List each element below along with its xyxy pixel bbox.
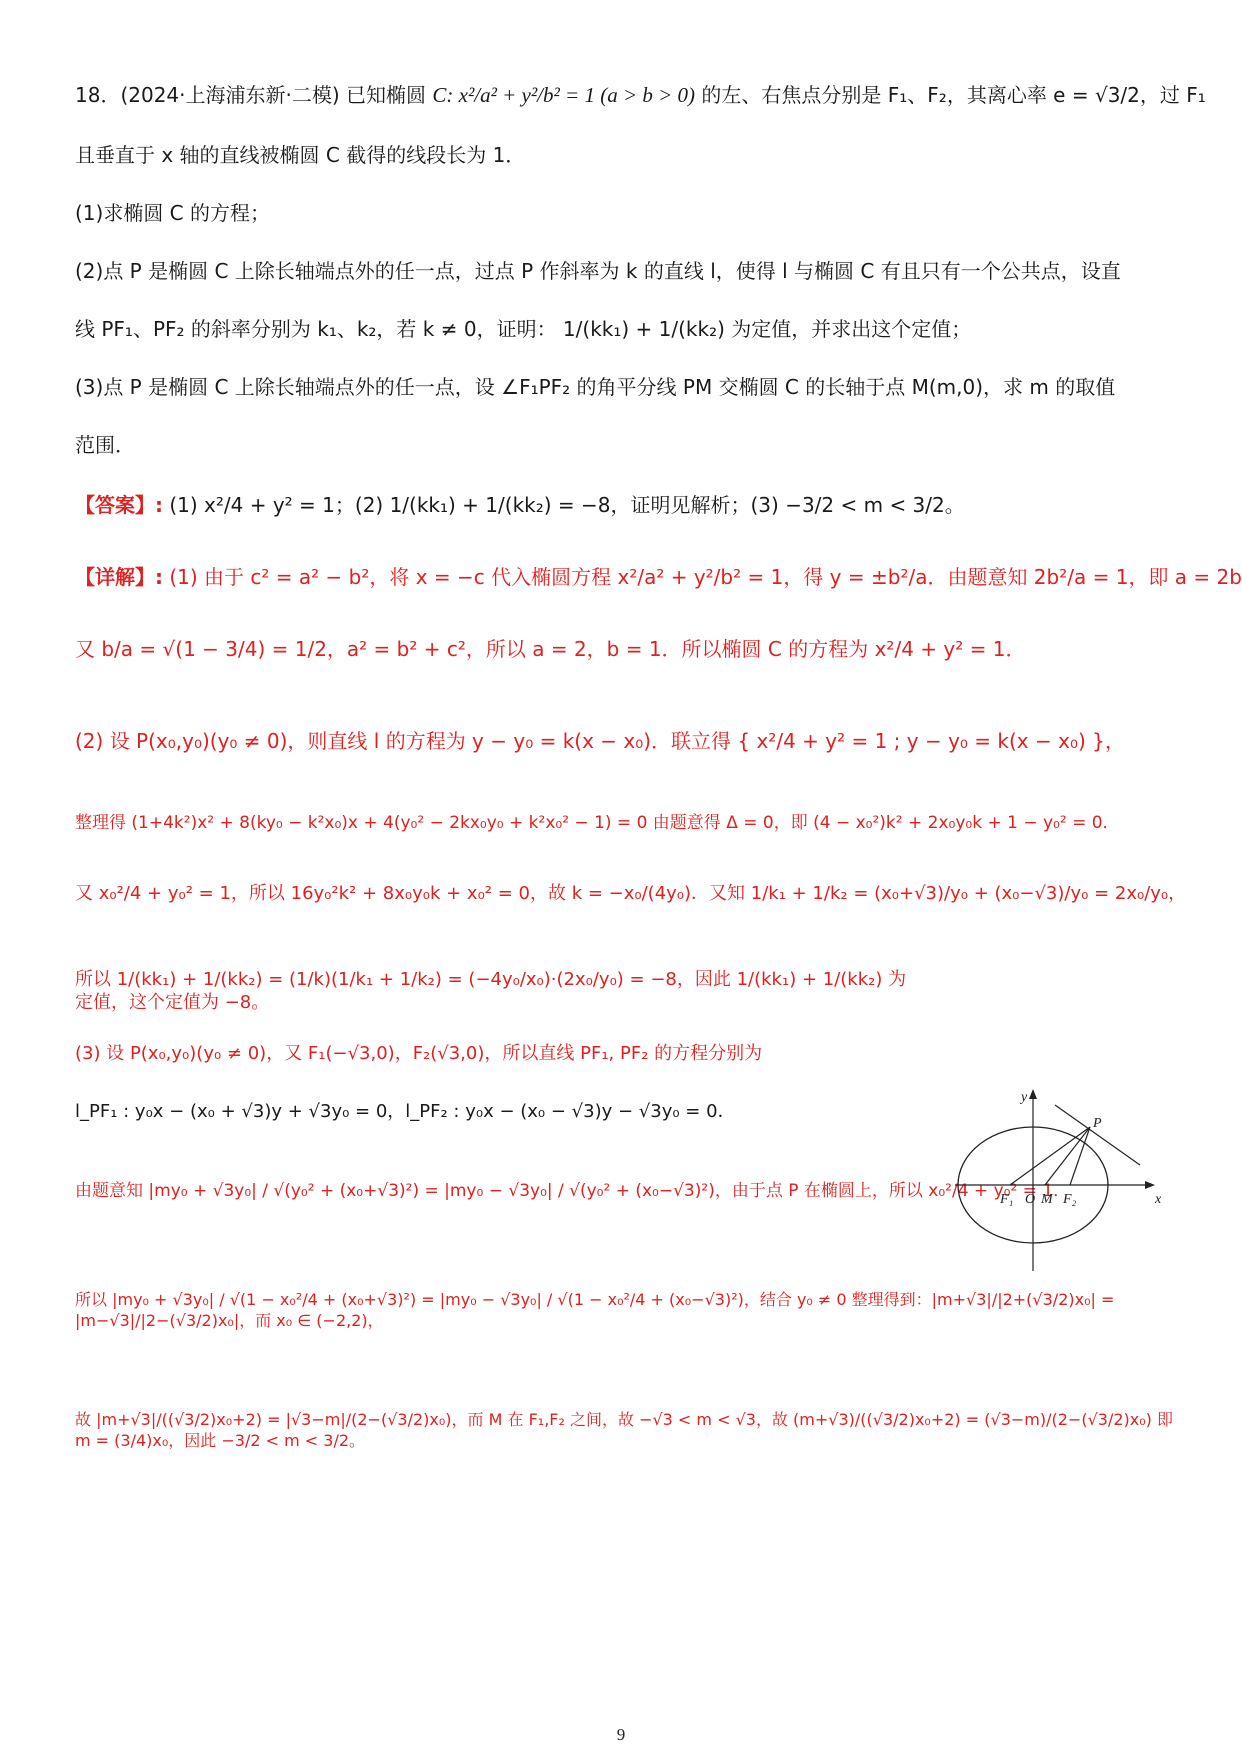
- answer-text: (1) x²/4 + y² = 1；(2) 1/(kk₁) + 1/(kk₂) …: [169, 493, 964, 517]
- answer: 【答案】: (1) x²/4 + y² = 1；(2) 1/(kk₁) + 1/…: [75, 492, 1182, 518]
- solution-label: 【详解】:: [75, 565, 163, 589]
- question-2b: 线 PF₁、PF₂ 的斜率分别为 k₁、k₂，若 k ≠ 0，证明： 1/(kk…: [75, 316, 1182, 342]
- ellipse-diagram: y x P F₁ O M F₂: [955, 1085, 1165, 1275]
- solution-line-3: (2) 设 P(x₀,y₀)(y₀ ≠ 0)，则直线 l 的方程为 y − y₀…: [75, 728, 1182, 754]
- label-P: P: [1092, 1116, 1102, 1131]
- solution-line-4: 整理得 (1+4k²)x² + 8(ky₀ − k²x₀)x + 4(y₀² −…: [75, 812, 1182, 834]
- problem-header-tail: 的左、右焦点分别是 F₁、F₂，其离心率 e = √3/2，过 F₁: [701, 83, 1205, 107]
- ellipse-equation: C: x²/a² + y²/b² = 1 (a > b > 0): [432, 83, 695, 107]
- solution-line-5: 又 x₀²/4 + y₀² = 1，所以 16y₀²k² + 8x₀y₀k + …: [75, 882, 1182, 905]
- solution-line-2: 又 b/a = √(1 − 3/4) = 1/2，a² = b² + c²，所以…: [75, 636, 1182, 662]
- label-F1: F₁: [999, 1192, 1013, 1207]
- problem-line-2: 且垂直于 x 轴的直线被椭圆 C 截得的线段长为 1．: [75, 142, 1182, 168]
- solution-text-1: (1) 由于 c² = a² − b²，将 x = −c 代入椭圆方程 x²/a…: [169, 565, 1242, 589]
- solution-line-10: 所以 |my₀ + √3y₀| / √(1 − x₀²/4 + (x₀+√3)²…: [75, 1290, 1182, 1332]
- question-3b: 范围．: [75, 432, 1182, 458]
- question-2a: (2)点 P 是椭圆 C 上除长轴端点外的任一点，过点 P 作斜率为 k 的直线…: [75, 258, 1182, 284]
- solution-line-1: 【详解】: (1) 由于 c² = a² − b²，将 x = −c 代入椭圆方…: [75, 564, 1182, 590]
- solution-line-7: (3) 设 P(x₀,y₀)(y₀ ≠ 0)，又 F₁(−√3,0)，F₂(√3…: [75, 1042, 922, 1065]
- label-x: x: [1154, 1192, 1162, 1207]
- question-1: (1)求椭圆 C 的方程；: [75, 200, 1182, 226]
- solution-line-6: 所以 1/(kk₁) + 1/(kk₂) = (1/k)(1/k₁ + 1/k₂…: [75, 968, 922, 1015]
- label-F2: F₂: [1062, 1192, 1077, 1207]
- problem-header-text: 18．(2024·上海浦东新·二模) 已知椭圆: [75, 83, 426, 107]
- solution-line-8: l_PF₁ : y₀x − (x₀ + √3)y + √3y₀ = 0，l_PF…: [75, 1100, 922, 1123]
- solution-line-11: 故 |m+√3|/((√3/2)x₀+2) = |√3−m|/(2−(√3/2)…: [75, 1410, 1182, 1452]
- label-O: O: [1025, 1192, 1035, 1207]
- label-M: M: [1040, 1192, 1054, 1207]
- problem-header: 18．(2024·上海浦东新·二模) 已知椭圆 C: x²/a² + y²/b²…: [75, 82, 1182, 109]
- question-3a: (3)点 P 是椭圆 C 上除长轴端点外的任一点，设 ∠F₁PF₂ 的角平分线 …: [75, 374, 1182, 400]
- answer-label: 【答案】:: [75, 493, 163, 517]
- page-number: 9: [0, 1725, 1242, 1745]
- label-y: y: [1019, 1090, 1028, 1105]
